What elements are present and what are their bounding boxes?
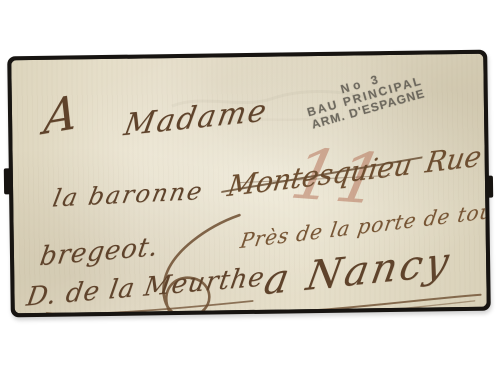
cover-photo: No 3 BAU PRINCIPAL ARM. D'ESPAGNE 11 A M…	[7, 50, 491, 318]
address-initial-a: A	[43, 88, 79, 141]
underline-flourish-nancy	[253, 292, 485, 314]
address-line-rue-de: Rue de	[423, 134, 487, 180]
cover-paper: No 3 BAU PRINCIPAL ARM. D'ESPAGNE 11 A M…	[11, 54, 486, 314]
photo-background: No 3 BAU PRINCIPAL ARM. D'ESPAGNE 11 A M…	[0, 0, 500, 375]
address-word-gap	[410, 173, 424, 175]
underline-flourish-meurthe	[45, 297, 257, 313]
